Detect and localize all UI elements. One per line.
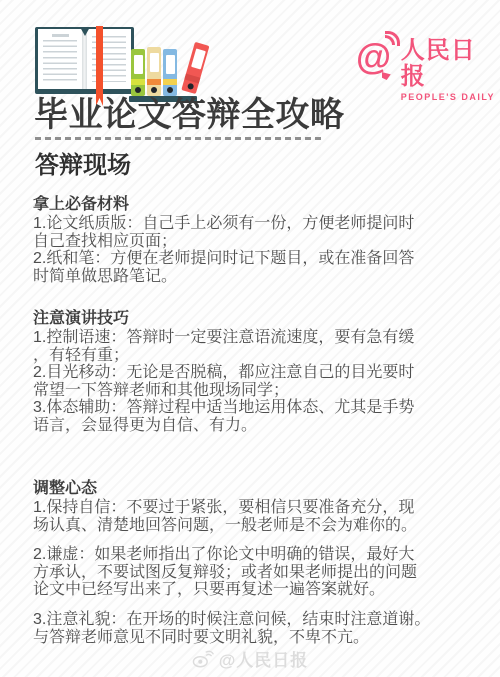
- list-item: 2.谦虚：如果老师指出了你论文中明确的错误，最好大 方承认，不要试图反复辩驳；或…: [33, 546, 481, 599]
- book-left-page: [38, 29, 82, 89]
- book-text-lines: [43, 40, 77, 82]
- binder-cream-icon: [147, 47, 161, 96]
- logo-text: 人民日报 PEOPLE'S DAILY: [401, 38, 500, 102]
- book-header-dash: [52, 34, 69, 37]
- binders-icon: [129, 45, 211, 103]
- binder-band: [163, 79, 177, 85]
- book-right-page: [87, 29, 131, 89]
- section-heading: 注意演讲技巧: [33, 310, 481, 327]
- binder-band: [131, 79, 145, 85]
- bookmark-ribbon-icon: [96, 26, 103, 106]
- section-label: 答辩现场: [35, 153, 131, 179]
- section-speech-skills: 注意演讲技巧 1.控制语速：答辩时一定要注意语流速度，要有急有缓 ，有轻有重； …: [33, 310, 481, 435]
- weibo-icon: [192, 650, 214, 668]
- logo-name-en: PEOPLE'S DAILY: [401, 92, 500, 102]
- open-book-icon: [35, 27, 134, 94]
- infographic-page: @ 人民日报 PEOPLE'S DAILY 毕业论文答辩全攻略 答辩现场 拿上必…: [0, 0, 500, 677]
- binder-green-icon: [131, 49, 145, 96]
- list-item: 2.纸和笔：方便在老师提问时记下题目，或在准备回答 时简单做思路笔记。: [33, 250, 481, 285]
- page-title: 毕业论文答辩全攻略: [34, 97, 345, 133]
- list-item: 1.保持自信：不要过于紧张，要相信只要准备充分，现 场认真、清楚地回答问题，一般…: [33, 499, 481, 534]
- title-underline: [35, 137, 325, 140]
- people-daily-logo: @ 人民日报 PEOPLE'S DAILY: [356, 38, 500, 102]
- list-item: 1.控制语速：答辩时一定要注意语流速度，要有急有缓 ，有轻有重；: [33, 329, 481, 364]
- watermark-text: @人民日报: [219, 646, 309, 671]
- list-item: 1.论文纸质版：自己手上必须有一份，方便老师提问时 自己查找相应页面；: [33, 215, 481, 250]
- at-megaphone-icon: @: [356, 38, 394, 78]
- binder-band: [184, 74, 200, 84]
- section-mindset: 调整心态 1.保持自信：不要过于紧张，要相信只要准备充分，现 场认真、清楚地回答…: [33, 480, 481, 646]
- binder-red-icon: [181, 42, 209, 94]
- binder-band: [147, 79, 161, 85]
- list-item: 2.目光移动：无论是否脱稿，都应注意自己的目光要时 常望一下答辩老师和其他现场同…: [33, 364, 481, 399]
- sound-wave-icon: [385, 31, 400, 46]
- binder-blue-icon: [163, 49, 177, 96]
- section-heading: 拿上必备材料: [33, 196, 481, 213]
- list-item: 3.注意礼貌：在开场的时候注意问候，结束时注意道谢。 与答辩老师意见不同时要文明…: [33, 611, 481, 646]
- list-item: 3.体态辅助：答辩过程中适当地运用体态、尤其是手势 语言，会显得更为自信、有力。: [33, 399, 481, 434]
- section-heading: 调整心态: [33, 480, 481, 497]
- logo-name-cn: 人民日报: [401, 38, 500, 90]
- section-materials: 拿上必备材料 1.论文纸质版：自己手上必须有一份，方便老师提问时 自己查找相应页…: [33, 196, 481, 285]
- watermark: @人民日报: [0, 646, 500, 671]
